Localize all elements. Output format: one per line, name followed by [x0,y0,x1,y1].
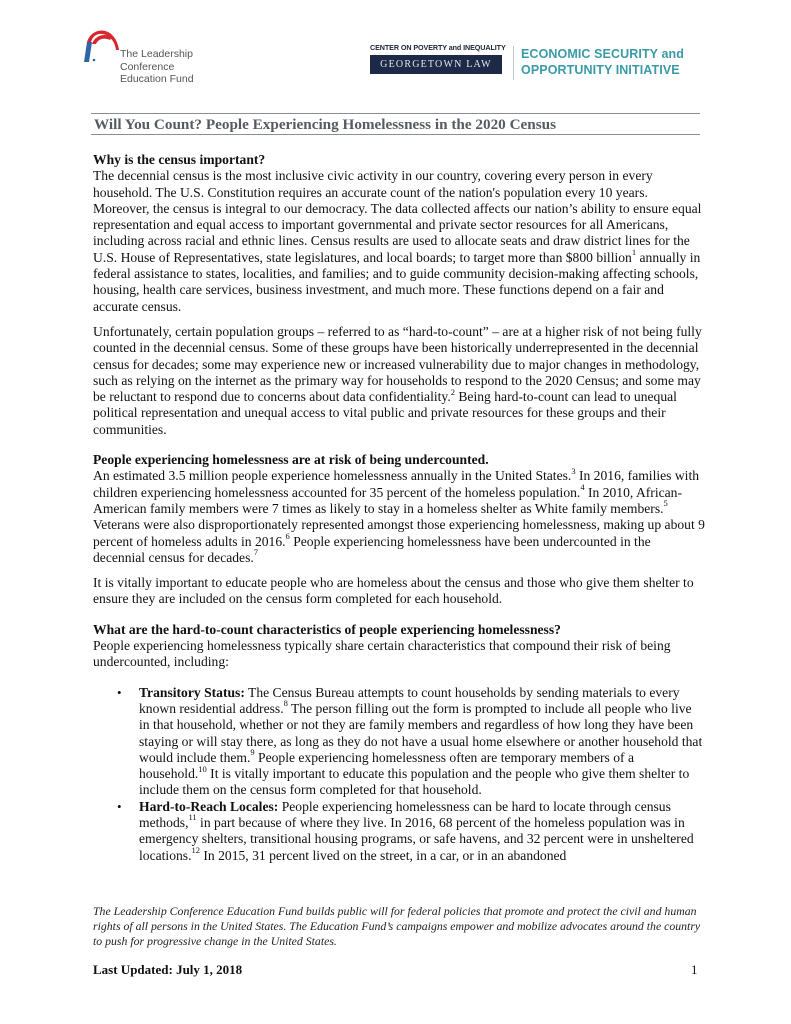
georgetown-law-band: GEORGETOWN LAW [370,55,502,74]
footnote-ref[interactable]: 7 [254,547,258,557]
paragraph: The decennial census is the most inclusi… [93,168,705,315]
logo-line: Education Fund [120,73,194,86]
text: It is vitally important to educate this … [139,766,689,797]
footnote-ref[interactable]: 4 [580,482,584,492]
title-rule-bottom [91,134,700,135]
document-body: Why is the census important? The decenni… [93,152,705,864]
georgetown-poverty-center-logo: CENTER ON POVERTY and INEQUALITY GEORGET… [370,43,502,74]
characteristics-list: • Transitory Status: The Census Bureau a… [93,685,705,864]
logo-line: The Leadership [120,48,194,61]
logo-line: ECONOMIC SECURITY and [521,46,684,62]
bullet-label: Hard-to-Reach Locales: [139,799,278,814]
footnote-ref[interactable]: 3 [571,466,575,476]
logo-line: Conference [120,61,194,74]
economic-security-initiative-logo: ECONOMIC SECURITY and OPPORTUNITY INITIA… [521,46,684,78]
paragraph: People experiencing homelessness typical… [93,638,705,671]
last-updated-date: Last Updated: July 1, 2018 [93,962,242,978]
text: In 2015, 31 percent lived on the street,… [200,848,566,863]
document-title: Will You Count? People Experiencing Home… [94,116,556,134]
footnote-ref[interactable]: 12 [191,845,200,855]
page-number: 1 [691,962,698,978]
title-rule-top [91,113,700,114]
footer-mission-statement: The Leadership Conference Education Fund… [93,904,705,950]
footnote-ref[interactable]: 2 [451,387,455,397]
footnote-ref[interactable]: 11 [188,812,196,822]
leadership-conference-logo: The Leadership Conference Education Fund [78,24,218,86]
text: The decennial census is the most inclusi… [93,168,701,264]
text: An estimated 3.5 million people experien… [93,468,571,483]
footnote-ref[interactable]: 5 [664,498,668,508]
bullet-icon: • [117,799,122,815]
footnote-ref[interactable]: 6 [286,531,290,541]
section-heading: People experiencing homelessness are at … [93,452,705,468]
section-heading: What are the hard-to-count characteristi… [93,622,705,638]
paragraph: An estimated 3.5 million people experien… [93,468,705,566]
center-on-poverty-label: CENTER ON POVERTY and INEQUALITY [370,43,502,52]
section-heading: Why is the census important? [93,152,705,168]
footnote-ref[interactable]: 10 [198,764,207,774]
list-item: • Hard-to-Reach Locales: People experien… [93,799,705,864]
paragraph: Unfortunately, certain population groups… [93,324,705,438]
bullet-label: Transitory Status: [139,685,245,700]
bullet-icon: • [117,685,122,701]
footnote-ref[interactable]: 1 [632,247,636,257]
logo-line: OPPORTUNITY INITIATIVE [521,62,684,78]
leadership-conference-name: The Leadership Conference Education Fund [120,48,194,86]
logo-divider [513,46,514,80]
leadership-conference-arch-icon [78,24,120,64]
footnote-ref[interactable]: 8 [284,698,288,708]
paragraph: It is vitally important to educate peopl… [93,575,705,608]
list-item: • Transitory Status: The Census Bureau a… [93,685,705,799]
footnote-ref[interactable]: 9 [250,747,254,757]
